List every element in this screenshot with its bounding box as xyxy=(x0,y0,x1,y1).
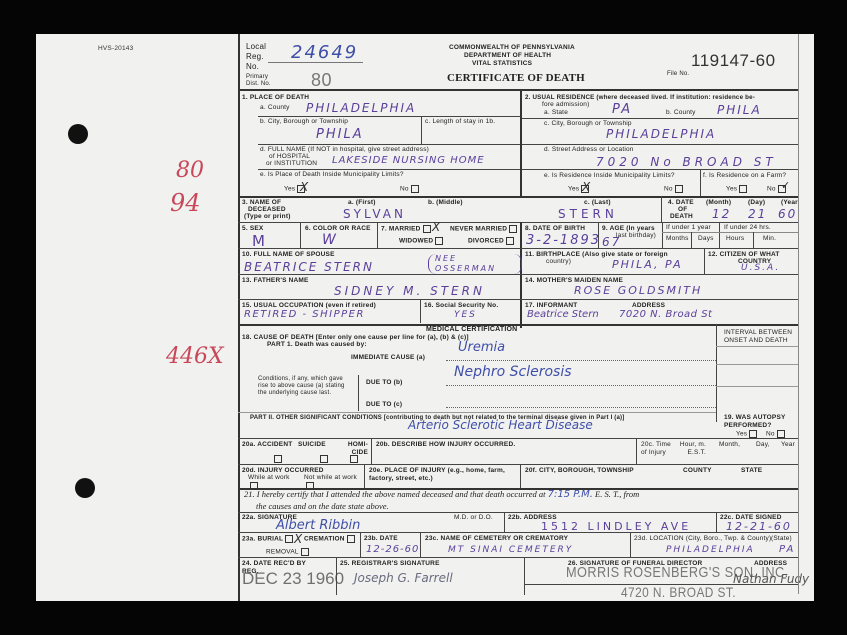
dob-value: 3-2-1893 xyxy=(526,233,601,248)
rule xyxy=(704,248,705,274)
part1-label: PART 1. Death was caused by: xyxy=(267,341,367,349)
cemetery-label: 23c. NAME OF CEMETERY OR CREMATORY xyxy=(425,535,568,543)
rule xyxy=(446,407,716,408)
local-reg-underline xyxy=(268,62,363,63)
rule xyxy=(377,222,378,248)
birthplace-label-2: country) xyxy=(546,258,571,266)
ssn-label: 16. Social Security No. xyxy=(424,302,498,310)
checkbox[interactable] xyxy=(749,430,757,438)
medical-cert-title: MEDICAL CERTIFICATION xyxy=(426,326,517,334)
citizen-value: U.S.A. xyxy=(741,263,780,273)
checkbox[interactable] xyxy=(739,185,747,193)
dod-year-label: (Year xyxy=(781,199,798,207)
form-right-border xyxy=(798,34,799,594)
no-label: No xyxy=(664,186,673,193)
file-no-label: File No. xyxy=(667,70,689,78)
dob-label: 8. DATE OF BIRTH xyxy=(525,225,585,233)
res-state-label: a. State xyxy=(544,109,568,117)
rule xyxy=(522,144,798,145)
rule xyxy=(662,222,663,248)
header-rule xyxy=(238,89,798,91)
min-label: Min. xyxy=(763,235,776,243)
last-name-label: c. (Last) xyxy=(584,199,611,207)
conditions-brace xyxy=(354,375,359,411)
checkbox[interactable] xyxy=(435,237,443,245)
yes-label: Yes xyxy=(736,431,747,438)
rule xyxy=(716,512,717,532)
res-county-value: PHILA xyxy=(717,103,762,117)
rule xyxy=(524,584,798,585)
pod-city-label: b. City, Borough or Township xyxy=(260,118,348,126)
section-rule xyxy=(238,196,798,198)
checkbox[interactable] xyxy=(509,225,517,233)
farm-no-mark: ✓ xyxy=(781,179,792,192)
place-of-injury-label: 20e. PLACE OF INJURY (e.g., home, farm, … xyxy=(369,467,509,483)
rule xyxy=(630,532,631,557)
funeral-address-stamp: 4720 N. BROAD ST. xyxy=(621,584,736,600)
injury-city-label: 20f. CITY, BOROUGH, TOWNSHIP xyxy=(525,467,634,475)
yes-label: Yes xyxy=(726,186,737,193)
birthplace-value: PHILA, PA xyxy=(612,258,683,271)
race-value: W xyxy=(322,232,338,248)
checkbox[interactable] xyxy=(506,237,514,245)
rule xyxy=(522,169,798,170)
header-line-1: COMMONWEALTH OF PENNSYLVANIA xyxy=(449,44,575,52)
rule xyxy=(238,299,798,300)
disposition-date-label: 23b. DATE xyxy=(364,535,398,543)
pod-no-checkbox[interactable]: No xyxy=(400,185,419,194)
removal-label: REMOVAL xyxy=(266,549,299,556)
father-value: SIDNEY M. STERN xyxy=(334,284,485,298)
autopsy-label: 19. WAS AUTOPSY PERFORMED? xyxy=(724,414,798,430)
rule xyxy=(258,144,520,145)
rule xyxy=(598,222,599,248)
cemetery-value: MT SINAI CEMETERY xyxy=(448,545,573,555)
primary-dist-label: PrimaryDist. No. xyxy=(246,74,271,88)
mother-value: ROSE GOLDSMITH xyxy=(574,284,702,297)
death-certificate-page: HVS-20143 80 94 446X Local Reg.No. 24649… xyxy=(36,34,814,601)
spouse-label: 10. FULL NAME OF SPOUSE xyxy=(242,251,335,259)
rule xyxy=(258,116,520,117)
cremation-label: CREMATION xyxy=(304,536,345,543)
cert-statement-2: E. S. T., from xyxy=(595,489,639,499)
married-checkbox[interactable]: 7. MARRIED xyxy=(381,225,431,234)
rule xyxy=(716,346,798,347)
part2-value: Arterio Sclerotic Heart Disease xyxy=(408,418,593,432)
checkbox[interactable] xyxy=(777,430,785,438)
rule xyxy=(364,464,365,488)
certificate-title: CERTIFICATE OF DEATH xyxy=(447,72,585,84)
dod-day-label: (Day) xyxy=(748,199,765,207)
section-rule xyxy=(238,324,798,326)
checkbox[interactable] xyxy=(675,185,683,193)
registrar-label: 25. REGISTRAR'S SIGNATURE xyxy=(340,560,440,568)
res-state-value: PA xyxy=(612,102,632,117)
months-label: Months xyxy=(666,235,689,243)
first-name-label: a. (First) xyxy=(348,199,376,207)
res-yes-mark: X xyxy=(582,180,592,194)
rule xyxy=(238,438,798,439)
rule xyxy=(238,532,798,533)
rule xyxy=(238,222,798,223)
never-married-label: NEVER MARRIED xyxy=(450,226,507,233)
injury-month-label: Month, xyxy=(719,441,740,449)
ssn-value: YES xyxy=(454,310,477,320)
rule xyxy=(258,169,520,170)
rule xyxy=(700,169,701,196)
location-label: 23d. LOCATION (City, Boro., Twp. & Count… xyxy=(634,535,771,543)
divorced-label: DIVORCED xyxy=(468,238,504,245)
rule xyxy=(522,118,798,119)
under-1yr-label: If under 1 year xyxy=(666,224,711,232)
primary-dist-value: 80 xyxy=(311,70,332,91)
margin-note-94: 94 xyxy=(170,189,201,217)
rule xyxy=(420,299,421,323)
days-label: Days xyxy=(698,235,714,243)
res-street-label: d. Street Address or Location xyxy=(544,146,634,154)
form-left-border xyxy=(238,34,240,601)
middle-name-label: b. (Middle) xyxy=(428,199,463,207)
suicide-checkbox[interactable] xyxy=(320,455,328,463)
md-label: M.D. or D.O. xyxy=(454,514,493,522)
punch-hole-top xyxy=(68,124,88,144)
rule xyxy=(691,232,692,248)
informant-address-value: 7020 N. Broad St xyxy=(619,309,712,320)
dod-day-value: 21 xyxy=(748,207,767,221)
res-street-value: 7020 No BROAD ST xyxy=(596,155,777,169)
pod-inside-limits-label: e. Is Place of Death Inside Municipality… xyxy=(260,171,404,179)
physician-signature: Albert Ribbin xyxy=(276,518,360,533)
location-value: PHILADELPHIA xyxy=(666,545,755,555)
first-name-value: SYLVAN xyxy=(343,207,406,221)
describe-injury-label: 20b. DESCRIBE HOW INJURY OCCURRED. xyxy=(376,441,515,449)
injury-year-label: Year xyxy=(781,441,795,449)
cert-statement: 21. I hereby certify that I attended the… xyxy=(244,489,639,500)
rule xyxy=(446,360,716,361)
checkbox[interactable] xyxy=(423,225,431,233)
never-married-checkbox[interactable]: NEVER MARRIED xyxy=(450,225,517,234)
rule xyxy=(719,222,720,248)
res-farm-label: f. Is Residence on a Farm? xyxy=(703,172,786,180)
location-state-value: PA xyxy=(779,544,795,555)
race-label: 6. COLOR OR RACE xyxy=(305,225,371,233)
res-county-label: b. County xyxy=(666,109,696,117)
rule xyxy=(636,438,637,464)
rule xyxy=(716,324,717,422)
pod-stay-label: c. Length of stay in 1b. xyxy=(425,118,495,126)
pod-county-label: a. County xyxy=(260,104,290,112)
accident-label: 20a. ACCIDENT xyxy=(242,441,292,449)
injury-day-label: Day, xyxy=(756,441,770,449)
no-label: No xyxy=(766,431,775,438)
registrar-signature: Joseph G. Farrell xyxy=(354,571,453,585)
pod-institution-label-3: or INSTITUTION xyxy=(266,160,317,168)
rule xyxy=(446,385,716,386)
local-reg-label: Local Reg.No. xyxy=(246,42,276,72)
married-mark: X xyxy=(432,220,442,234)
informant-value: Beatrice Stern xyxy=(527,309,599,320)
yes-label: Yes xyxy=(284,186,295,193)
homicide-checkbox[interactable] xyxy=(350,455,358,463)
removal-checkbox[interactable]: REMOVAL xyxy=(266,548,309,557)
pod-yes-mark: X xyxy=(300,180,310,194)
married-label: 7. MARRIED xyxy=(381,226,421,233)
file-no-value: 119147-60 xyxy=(691,51,776,71)
margin-note-80: 80 xyxy=(176,158,204,183)
checkbox[interactable] xyxy=(285,535,293,543)
farm-yes-checkbox[interactable]: Yes xyxy=(726,185,747,194)
res-city-value: PHILADELPHIA xyxy=(606,127,716,141)
rule xyxy=(716,364,798,365)
rule xyxy=(520,464,521,488)
not-at-work-label: Not while at work xyxy=(304,474,357,481)
checkbox[interactable] xyxy=(411,185,419,193)
immediate-cause-value: Uremia xyxy=(458,340,505,355)
age-value: 67 xyxy=(602,235,621,249)
under-24-label: If under 24 hrs. xyxy=(724,224,771,232)
rule xyxy=(300,222,301,248)
location-state-label: (State) xyxy=(771,535,792,543)
cert-time: 7:15 P.M. xyxy=(548,489,593,500)
widowed-label: WIDOWED xyxy=(399,238,433,245)
rule xyxy=(238,512,798,513)
dod-year-value: 60 xyxy=(778,207,797,221)
usual-residence-label-2: fore admission) xyxy=(542,101,589,109)
while-at-work-label: While at work xyxy=(248,474,290,481)
due-to-b-value: Nephro Sclerosis xyxy=(454,364,572,380)
age-label-2: last birthday) xyxy=(616,232,656,240)
rule xyxy=(662,232,798,233)
conditions-label: Conditions, if any, which gave rise to a… xyxy=(258,376,351,397)
due-to-b-label: DUE TO (b) xyxy=(366,379,403,387)
due-to-c-label: DUE TO (c) xyxy=(366,401,402,409)
yes-label: Yes xyxy=(568,186,579,193)
disposition-date-value: 12-26-60 xyxy=(366,544,419,555)
dod-month-value: 12 xyxy=(712,207,731,221)
occupation-value: RETIRED - SHIPPER xyxy=(244,309,365,320)
margin-note-446x: 446X xyxy=(166,344,224,369)
pod-county-value: PHILADELPHIA xyxy=(306,101,416,115)
rule xyxy=(520,222,522,328)
rule xyxy=(238,557,798,558)
immediate-cause-label: IMMEDIATE CAUSE (a) xyxy=(351,354,425,362)
name-label-3: (Type or print) xyxy=(244,213,291,221)
pod-institution-value: LAKESIDE NURSING HOME xyxy=(332,155,485,166)
time-of-injury-label: 20c. Time of Injury xyxy=(641,441,671,457)
rule xyxy=(238,274,798,275)
cert-statement-1: 21. I hereby certify that I attended the… xyxy=(244,489,546,499)
burial-label: 23a. BURIAL xyxy=(242,536,283,543)
divorced-checkbox[interactable]: DIVORCED xyxy=(468,237,514,246)
no-label: No xyxy=(767,186,776,193)
suicide-label: SUICIDE xyxy=(298,441,326,449)
rule xyxy=(238,248,798,249)
local-reg-value: 24649 xyxy=(291,42,358,63)
rule xyxy=(360,532,361,557)
cremation-checkbox[interactable]: CREMATION xyxy=(304,535,355,544)
spouse-value: BEATRICE STERN xyxy=(244,260,374,274)
widowed-checkbox[interactable]: WIDOWED xyxy=(399,237,443,246)
rule xyxy=(238,464,798,465)
dod-month-label: (Month) xyxy=(706,199,731,207)
injury-county-label: COUNTY xyxy=(683,467,712,475)
father-label: 13. FATHER'S NAME xyxy=(242,277,309,285)
rule xyxy=(371,438,372,464)
hours-label: Hours xyxy=(726,235,744,243)
last-name-value: STERN xyxy=(558,207,618,221)
checkbox[interactable] xyxy=(301,548,309,556)
punch-hole-bottom xyxy=(75,478,95,498)
dod-label-3: DEATH xyxy=(670,213,693,221)
injury-state-label: STATE xyxy=(741,467,762,475)
rule xyxy=(420,532,421,557)
rule xyxy=(238,412,716,413)
cert-statement-3: the causes and on the date state above. xyxy=(256,501,389,511)
hour-label: Hour, m. E.S.T. xyxy=(676,441,706,457)
rule xyxy=(753,232,754,248)
place-of-death-label: 1. PLACE OF DEATH xyxy=(242,94,309,102)
res-no-checkbox[interactable]: No xyxy=(664,185,683,194)
header-line-2: DEPARTMENT OF HEALTH xyxy=(464,52,551,60)
form-code: HVS-20143 xyxy=(98,45,133,53)
res-inside-limits-label: e. Is Residence Inside Municipality Limi… xyxy=(544,172,675,180)
pod-city-value: PHILA xyxy=(316,127,364,142)
no-label: No xyxy=(400,186,409,193)
burial-checkbox[interactable]: 23a. BURIAL xyxy=(242,535,293,544)
burial-mark: X xyxy=(294,532,304,546)
accident-checkbox[interactable] xyxy=(274,455,282,463)
rule xyxy=(524,557,525,595)
rule xyxy=(716,386,798,387)
rule xyxy=(661,196,662,222)
header-line-3: VITAL STATISTICS xyxy=(472,60,532,68)
checkbox[interactable] xyxy=(347,535,355,543)
rule xyxy=(421,116,422,144)
date-recd-stamp: DEC 23 1960 xyxy=(242,569,344,589)
rule xyxy=(336,557,337,595)
interval-label: INTERVAL BETWEEN ONSET AND DEATH xyxy=(724,329,794,345)
rule xyxy=(504,512,505,532)
spouse-nee: NEE OSSERMAN xyxy=(428,254,522,274)
